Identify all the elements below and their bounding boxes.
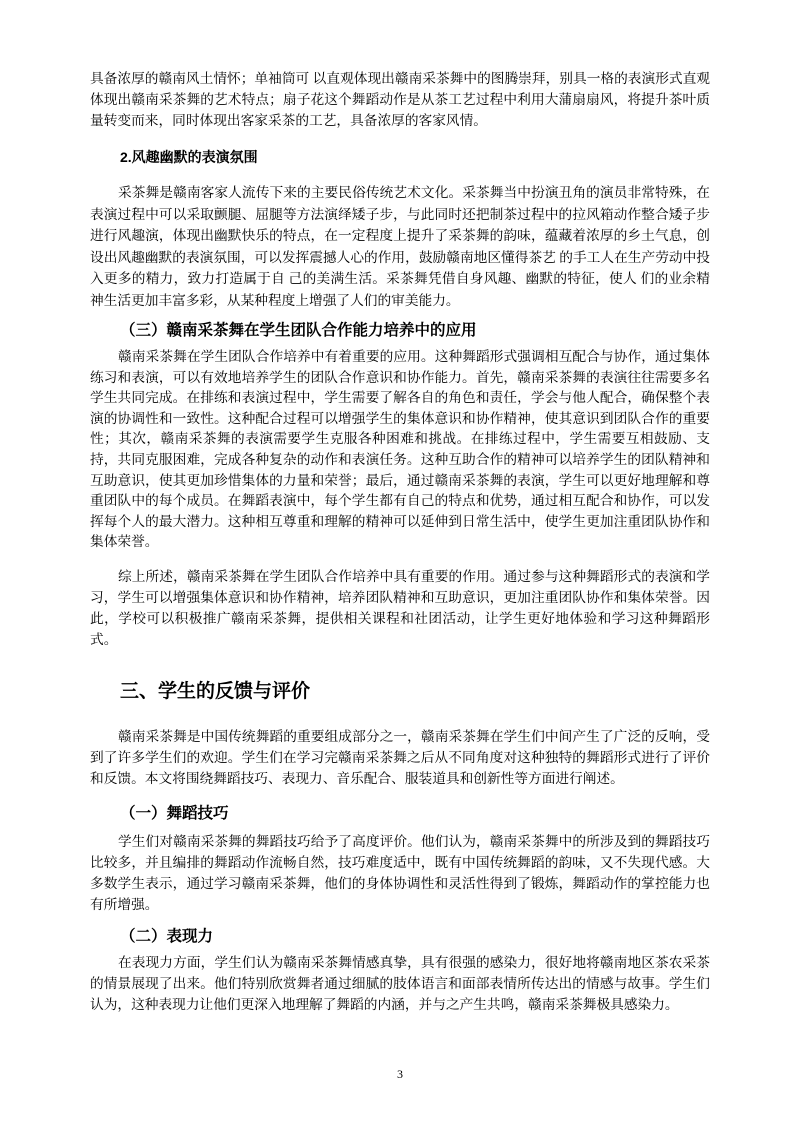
document-page: 具备浓厚的赣南风土情怀；单袖筒可 以直观体现出赣南采茶舞中的图腾崇拜，别具一格的… [0, 0, 793, 1122]
heading-dance-skill: （一）舞蹈技巧 [90, 803, 710, 824]
page-number: 3 [90, 1066, 710, 1082]
paragraph-continuation: 具备浓厚的赣南风土情怀；单袖筒可 以直观体现出赣南采茶舞中的图腾崇拜，别具一格的… [90, 68, 710, 131]
paragraph-feedback-intro: 赣南采茶舞是中国传统舞蹈的重要组成部分之一，赣南采茶舞在学生们中间产生了广泛的反… [90, 726, 710, 789]
paragraph-expressiveness: 在表现力方面，学生们认为赣南采茶舞情感真挚，具有很强的感染力，很好地将赣南地区茶… [90, 952, 710, 1015]
page-content: 具备浓厚的赣南风土情怀；单袖筒可 以直观体现出赣南采茶舞中的图腾崇拜，别具一格的… [90, 68, 710, 1015]
paragraph-dance-skill: 学生们对赣南采茶舞的舞蹈技巧给予了高度评价。他们认为，赣南采茶舞中的所涉及到的舞… [90, 831, 710, 915]
paragraph-teamwork-1: 赣南采茶舞在学生团队合作培养中有着重要的应用。这种舞蹈形式强调相互配合与协作，通… [90, 347, 710, 553]
heading-expressiveness: （二）表现力 [90, 926, 710, 947]
heading-humor-atmosphere: 2.风趣幽默的表演氛围 [90, 147, 710, 167]
paragraph-teamwork-2: 综上所述，赣南采茶舞在学生团队合作培养中具有重要的作用。通过参与这种舞蹈形式的表… [90, 566, 710, 650]
heading-teamwork-application: （三）赣南采茶舞在学生团队合作能力培养中的应用 [90, 320, 710, 341]
paragraph-humor-atmosphere: 采茶舞是赣南客家人流传下来的主要民俗传统艺术文化。采茶舞当中扮演丑角的演员非常特… [90, 182, 710, 311]
heading-student-feedback: 三、学生的反馈与评价 [90, 679, 710, 704]
